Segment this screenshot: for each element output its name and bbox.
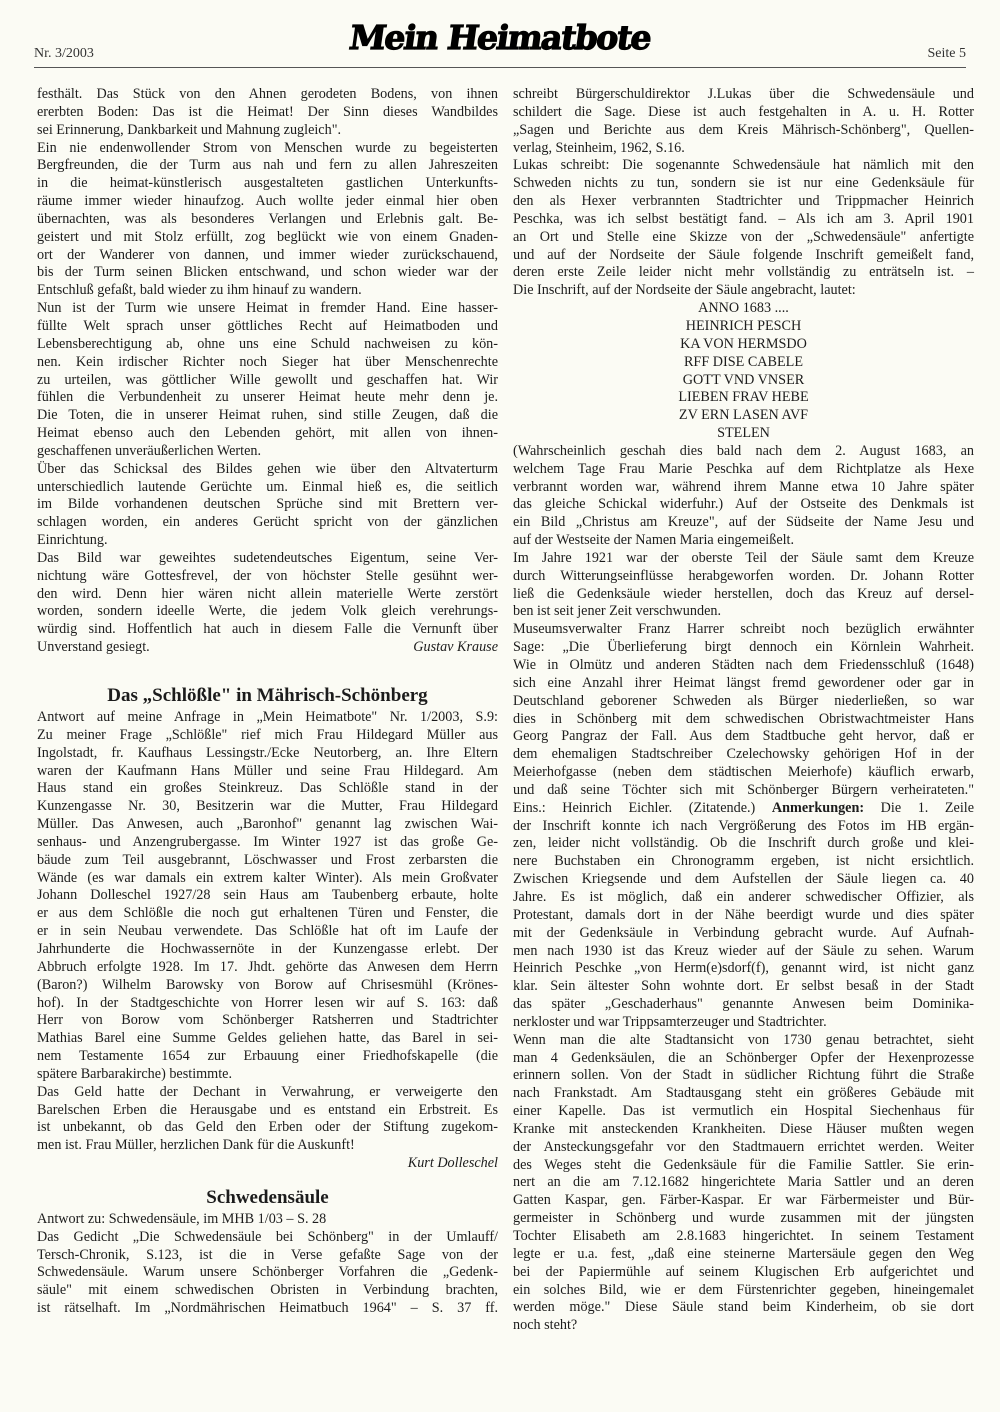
- header-rule: [34, 67, 966, 68]
- text-line: würdig sind. Hoffentlich hat auch in die…: [37, 621, 498, 639]
- remarks-prefix: Eins.: Heinrich Eichler. (Zitatende.): [513, 800, 755, 816]
- text-line: geschaffenen unveräußerlichen Werten.: [37, 443, 498, 461]
- article-body: Antwort auf meine Anfrage in „Mein Heima…: [37, 709, 498, 1155]
- text-line: der Ansteckungsgefahr vor den Stadtmauer…: [513, 1139, 974, 1157]
- text-line: er in sein Neubau verwendete. Das Schlöß…: [37, 923, 498, 941]
- text-line: werden möge." Diese Säule stand beim Kin…: [513, 1299, 974, 1317]
- text-line: Nun ist der Turm wie unsere Heimat in fr…: [37, 300, 498, 318]
- issue-number: Nr. 3/2003: [34, 46, 94, 62]
- text-line: Gatten Kaspar, gen. Färber-Kaspar. Er wa…: [513, 1192, 974, 1210]
- text-line: Abbruch erfolgte 1928. Im 17. Jhdt. gehö…: [37, 959, 498, 977]
- article-schloessle: Das „Schlößle" in Mährisch-Schönberg Ant…: [37, 683, 498, 1173]
- text-line: Die Inschrift, auf der Nordseite der Säu…: [513, 282, 974, 300]
- text-line: einer Kapelle. Das ist vermutlich ein Ho…: [513, 1103, 974, 1121]
- text-line: men nach 1930 ist das Kreuz wieder auf d…: [513, 943, 974, 961]
- article-body: festhält. Das Stück von den Ahnen gerode…: [37, 86, 498, 639]
- text-line: füllte Welt sprach unser göttliches Rech…: [37, 318, 498, 336]
- text-line: fühlen die Verbundenheit zu unserer Heim…: [37, 389, 498, 407]
- text-line: nen. Kein irdischer Richter noch Sieger …: [37, 354, 498, 372]
- text-line: nem Testamente 1654 zur Erbauung einer F…: [37, 1048, 498, 1066]
- text-line: spätere Barbarakirche) bestimmte.: [37, 1066, 498, 1084]
- text-line: Kunzengasse Nr. 30, Besitzerin war die M…: [37, 798, 498, 816]
- text-line: verbrannt worden war, während ihrem Mann…: [513, 479, 974, 497]
- text-line: Schweden nichts zu tun, sondern sie ist …: [513, 175, 974, 193]
- text-line: und auf der Nordseite der Säule folgende…: [513, 247, 974, 265]
- text-line: sich eine Anzahl ihrer Heimat längst fre…: [513, 675, 974, 693]
- text-line: man 4 Gedenksäulen, die an Schönberger O…: [513, 1050, 974, 1068]
- text-line: dies in Schönberg mit dem schwedischen O…: [513, 711, 974, 729]
- page-header: Nr. 3/2003 Mein Heimatbote Seite 5: [34, 0, 966, 70]
- text-line: und daß seine Töchter sich mit Schönberg…: [513, 782, 974, 800]
- article-body: schreibt Bürgerschuldirektor J.Lukas übe…: [513, 86, 974, 300]
- text-line: ort der Wanderer von dannen, und immer w…: [37, 247, 498, 265]
- text-line: „Sagen und Berichte aus dem Kreis Mähris…: [513, 122, 974, 140]
- text-line: Zu meiner Frage „Schlößle" rief mich Fra…: [37, 727, 498, 745]
- text-line: hof). In der Stadtgeschichte von Horrer …: [37, 995, 498, 1013]
- text-line: (Baron?) Wilhelm Barowsky von Borow auf …: [37, 977, 498, 995]
- text-line: Das Gedicht „Die Schwedensäule bei Schön…: [37, 1229, 498, 1247]
- text-line: Wenn man die alte Stadtansicht von 1730 …: [513, 1032, 974, 1050]
- signature-line: Unverstand gesiegt. Gustav Krause: [37, 639, 498, 657]
- text-line: nerkloster und war Trippsamterzeuger und…: [513, 1014, 974, 1032]
- text-line: Herr von Borow vom Schönberger Ratsherre…: [37, 1012, 498, 1030]
- text-line: Meierhofgasse (neben dem städtischen Mei…: [513, 764, 974, 782]
- right-column: schreibt Bürgerschuldirektor J.Lukas übe…: [513, 86, 974, 1335]
- article-schwedensaeule: Schwedensäule Antwort zu: Schwedensäule,…: [37, 1185, 498, 1318]
- text-line: welchem Tage Frau Marie Peschka auf dem …: [513, 461, 974, 479]
- text-line: Haus stand ein großes Steinkreuz. Das Sc…: [37, 780, 498, 798]
- text-line: deren erste Zeile leider nicht mehr voll…: [513, 264, 974, 282]
- text-line: säule" mit einem schwedischen Obristen i…: [37, 1282, 498, 1300]
- text-line: men ist. Frau Müller, herzlichen Dank fü…: [37, 1137, 498, 1155]
- text-line: auf der Westseite der Namen Maria eingem…: [513, 532, 974, 550]
- text-line: schildert die Sage. Diese ist auch festg…: [513, 104, 974, 122]
- text-line: waren der Kaufmann Hans Müller und seine…: [37, 763, 498, 781]
- text-line: (Wahrscheinlich geschah dies bald nach d…: [513, 443, 974, 461]
- text-line: bei der Papiermühle auf seinem Klugische…: [513, 1264, 974, 1282]
- text-line: Müller. Das Anwesen, auch „Baronhof" gen…: [37, 816, 498, 834]
- text-line: den als Hexer verbrannten Stadtrichter u…: [513, 193, 974, 211]
- spacer: [37, 1173, 498, 1185]
- text-line: Sage: „Die Überlieferung birgt dennoch e…: [513, 639, 974, 657]
- text-line: bis der Turm seinen Blicken entschwand, …: [37, 264, 498, 282]
- masthead-logo: Mein Heimatbote: [347, 18, 653, 57]
- text-line: Bergfreunden, die der Turm aus nah und f…: [37, 157, 498, 175]
- text-line: Johann Dolleschel 1927/28 sein Haus am T…: [37, 887, 498, 905]
- text-line: Im Jahre 1921 war der oberste Teil der S…: [513, 550, 974, 568]
- text-line: Barelschen Erben die Herausgabe und es e…: [37, 1102, 498, 1120]
- text-line: Ein nie endenwollender Strom von Mensche…: [37, 140, 498, 158]
- text-line: zen, leider nicht vollständig. Ob die In…: [513, 835, 974, 853]
- text-line: Lukas schreibt: Die sogenannte Schwedens…: [513, 157, 974, 175]
- article-title: Schwedensäule: [37, 1185, 498, 1211]
- text-line: im Bilde vorhandenen deutschen Sprüche s…: [37, 496, 498, 514]
- text-line: an Ort und Stelle eine Skizze von der „S…: [513, 229, 974, 247]
- text-line: ein Bild „Christus am Kreuze", auf der S…: [513, 514, 974, 532]
- text-line: verlag, Steinheim, 1962, S.16.: [513, 140, 974, 158]
- text-line: Protestant, damals dort in der Nähe beer…: [513, 907, 974, 925]
- text-line: Kranke mit ansteckenden Krankheiten. Die…: [513, 1121, 974, 1139]
- text-line: Deutschland geborener Schweden als Bürge…: [513, 693, 974, 711]
- text-line: der Inschrift konnte ich nach Vergrößeru…: [513, 818, 974, 836]
- text-line: klar. Sein ältester Sohn wohnte dort. Er…: [513, 978, 974, 996]
- article-body: Antwort zu: Schwedensäule, im MHB 1/03 –…: [37, 1211, 498, 1318]
- text-line: Wie in Olmütz und anderen Städten nach d…: [513, 657, 974, 675]
- text-line: Tersch-Chronik, S.123, ist die in Verse …: [37, 1247, 498, 1265]
- text-line: Ingolstadt, fr. Kaufhaus Lessingstr./Eck…: [37, 745, 498, 763]
- text-line: das später „Geschaderhaus" genannte Anwe…: [513, 996, 974, 1014]
- text-line: schreibt Bürgerschuldirektor J.Lukas übe…: [513, 86, 974, 104]
- text-line: Das Geld hatte der Dechant in Verwahrung…: [37, 1084, 498, 1102]
- text-line: des Weges steht die Gedenksäule für die …: [513, 1157, 974, 1175]
- text-line: RFF DISE CABELE: [513, 354, 974, 372]
- remarks-label: Anmerkungen:: [772, 800, 864, 816]
- text-line: festhält. Das Stück von den Ahnen gerode…: [37, 86, 498, 104]
- text-line: sei Erinnerung, Dankbarkeit und Mahnung …: [37, 122, 498, 140]
- final-line: Unverstand gesiegt.: [37, 639, 150, 657]
- text-line: den wird. Denn hier wären nicht allein m…: [37, 586, 498, 604]
- text-line: durch Witterungseinflüsse herabgeworfen …: [513, 568, 974, 586]
- text-line: Jahrhunderte die Hochwassernöte in der K…: [37, 941, 498, 959]
- text-line: Schwedensäule. Warum unsere Schönberger …: [37, 1264, 498, 1282]
- article-body: der Inschrift konnte ich nach Vergrößeru…: [513, 818, 974, 1335]
- text-line: ein solches Bild, wie er dem Fürstenrich…: [513, 1282, 974, 1300]
- text-line: ZV ERN LASEN AVF: [513, 407, 974, 425]
- text-line: ließ die Gedenksäule wieder herstellen, …: [513, 586, 974, 604]
- inscription-block: ANNO 1683 ....HEINRICH PESCHKA VON HERMS…: [513, 300, 974, 443]
- text-line: Tochter Elisabeth am 2.8.1683 hingericht…: [513, 1228, 974, 1246]
- text-line: Das Bild war geweihtes sudetendeutsches …: [37, 550, 498, 568]
- author-gustav-krause: Gustav Krause: [413, 639, 498, 657]
- text-line: erinnern sollen. Von der Stadt in südlic…: [513, 1067, 974, 1085]
- text-line: LIEBEN FRAV HEBE: [513, 389, 974, 407]
- text-line: mit der Gedenksäule in Verbindung gebrac…: [513, 925, 974, 943]
- text-line: GOTT VND VNSER: [513, 372, 974, 390]
- text-line: noch steht?: [513, 1317, 974, 1335]
- text-line: geistert und mit Stolz erfüllt, zog begl…: [37, 229, 498, 247]
- text-line: Georg Pangraz der Fall. Aus dem Stadtbuc…: [513, 728, 974, 746]
- text-line: zu urteilen, was göttlicher Wille gewoll…: [37, 372, 498, 390]
- text-line: schlagen worden, ein anderes Gerücht spr…: [37, 514, 498, 532]
- remarks-line: Eins.: Heinrich Eichler. (Zitatende.) An…: [513, 800, 974, 818]
- text-line: nere Buchstaben ein Chronogramm ergeben,…: [513, 853, 974, 871]
- text-line: Heimat ebenso auch den Lebenden gehört, …: [37, 425, 498, 443]
- text-line: nert an die am 7.12.1682 hingerichtete M…: [513, 1174, 974, 1192]
- text-line: germeister in Schönberg und wurde zusamm…: [513, 1210, 974, 1228]
- text-line: Heinrich Peschke „von Herm(e)sdorf(f), g…: [513, 960, 974, 978]
- text-line: nach Frankstadt. Am Stadtausgang steht e…: [513, 1085, 974, 1103]
- text-line: ererbten Boden: Das ist die Heimat! Der …: [37, 104, 498, 122]
- text-line: nichtung wäre Gottesfrevel, der von höch…: [37, 568, 498, 586]
- text-line: worden, sondern ideelle Werte, die jedem…: [37, 603, 498, 621]
- text-line: Einrichtung.: [37, 532, 498, 550]
- text-line: Jahre. Es ist möglich, daß ein anderer s…: [513, 889, 974, 907]
- text-line: KA VON HERMSDO: [513, 336, 974, 354]
- spacer: [37, 657, 498, 683]
- text-line: er aus dem Schlößle die noch gut erhalte…: [37, 905, 498, 923]
- text-line: Antwort zu: Schwedensäule, im MHB 1/03 –…: [37, 1211, 498, 1229]
- page-number: Seite 5: [928, 46, 967, 62]
- text-line: Wände (es war damals ein extrem kalter W…: [37, 870, 498, 888]
- text-line: unterschiedlich lautende Gerüchte um. Ei…: [37, 479, 498, 497]
- text-line: Mathias Barel eine Summe Geldes geliehen…: [37, 1030, 498, 1048]
- text-line: in die heimat-künstlerisch ausgestaltete…: [37, 175, 498, 193]
- text-line: Lebensberechtigung ab, ohne uns eine Sch…: [37, 336, 498, 354]
- text-line: das gleiche Schickal widerfuhr.) Auf der…: [513, 496, 974, 514]
- text-line: Peschka, was ich selbst bestätigt fand. …: [513, 211, 974, 229]
- text-line: ist rätselhaft. Im „Nordmährischen Heima…: [37, 1300, 498, 1318]
- text-line: ANNO 1683 ....: [513, 300, 974, 318]
- text-line: Zwischen Kriegsende und dem Aufstellen d…: [513, 871, 974, 889]
- text-line: bäude zum Teil ausgebrannt, Löschwasser …: [37, 852, 498, 870]
- left-column: festhält. Das Stück von den Ahnen gerode…: [37, 86, 498, 1318]
- remarks-suffix: Die 1. Zeile: [881, 800, 974, 816]
- text-line: Antwort auf meine Anfrage in „Mein Heima…: [37, 709, 498, 727]
- article-body: (Wahrscheinlich geschah dies bald nach d…: [513, 443, 974, 800]
- text-line: senhaus- und Anzengrubergasse. Im Winter…: [37, 834, 498, 852]
- article-title: Das „Schlößle" in Mährisch-Schönberg: [37, 683, 498, 709]
- text-line: HEINRICH PESCH: [513, 318, 974, 336]
- text-line: Die Toten, die in unserer Heimat ruhen, …: [37, 407, 498, 425]
- text-line: STELEN: [513, 425, 974, 443]
- text-line: Entschluß gefaßt, bald wieder zu ihm hin…: [37, 282, 498, 300]
- author-kurt-dolleschel: Kurt Dolleschel: [37, 1155, 498, 1173]
- text-line: ist unbekannt, ob das Geld den Erben ode…: [37, 1119, 498, 1137]
- text-line: Über das Schicksal des Bildes gehen wie …: [37, 461, 498, 479]
- text-line: räume immer wieder hinaufzog. Auch wollt…: [37, 193, 498, 211]
- text-line: dem ehemaligen Stadtschreiber Czelechows…: [513, 746, 974, 764]
- article-altvaterturm-continued: festhält. Das Stück von den Ahnen gerode…: [37, 86, 498, 657]
- text-line: übernachten, was als besonderes Verlange…: [37, 211, 498, 229]
- text-line: ben ist seit jener Zeit verschwunden.: [513, 603, 974, 621]
- text-line: legte er u.a. fest, „daß eine steinerne …: [513, 1246, 974, 1264]
- text-line: Museumsverwalter Franz Harrer schreibt n…: [513, 621, 974, 639]
